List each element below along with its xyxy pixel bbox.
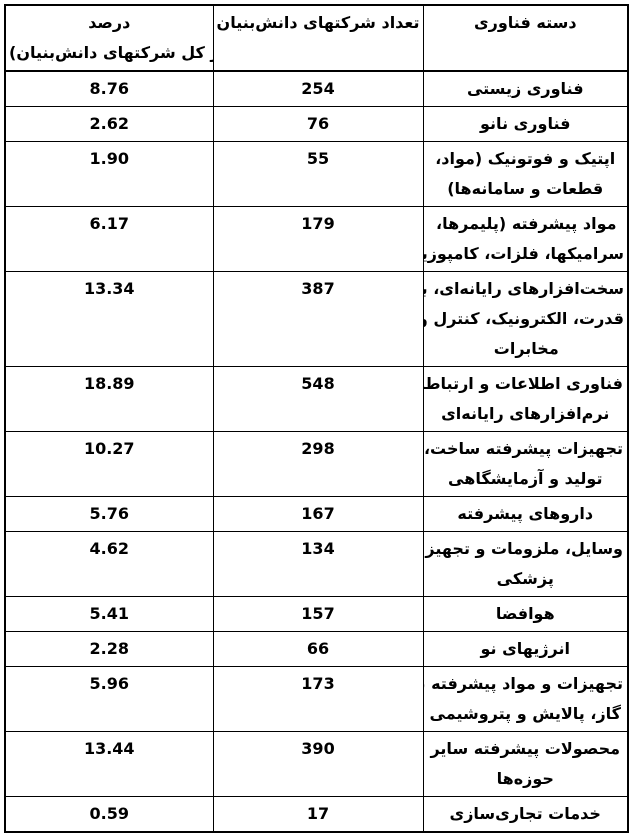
percent-cell: 5.76 <box>5 497 213 532</box>
category-cell: هوافضا <box>423 597 628 632</box>
count-cell: 157 <box>213 597 423 632</box>
table-row: وسایل، ملزومات و تجهیزات پزشکی 134 4.62 <box>5 532 628 597</box>
percent-cell: 4.62 <box>5 532 213 597</box>
count-cell: 548 <box>213 367 423 432</box>
knowledge-companies-table: دسته فناوری تعداد شرکتهای دانش‌بنیان درص… <box>4 4 629 833</box>
percent-cell: 13.34 <box>5 272 213 367</box>
count-cell: 298 <box>213 432 423 497</box>
category-cell: انرژیهای نو <box>423 632 628 667</box>
count-cell: 179 <box>213 207 423 272</box>
category-cell: مواد پیشرفته (پلیمرها، سرامیکها، فلزات، … <box>423 207 628 272</box>
percent-cell: 5.96 <box>5 667 213 732</box>
table-row: تجهیزات پیشرفته ساخت، تولید و آزمایشگاهی… <box>5 432 628 497</box>
category-cell: فناوری اطلاعات و ارتباطات و نرم‌افزارهای… <box>423 367 628 432</box>
count-cell: 55 <box>213 142 423 207</box>
count-cell: 173 <box>213 667 423 732</box>
percent-cell: 2.62 <box>5 107 213 142</box>
count-cell: 387 <box>213 272 423 367</box>
header-count: تعداد شرکتهای دانش‌بنیان <box>213 5 423 71</box>
header-category: دسته فناوری <box>423 5 628 71</box>
header-row: دسته فناوری تعداد شرکتهای دانش‌بنیان درص… <box>5 5 628 71</box>
percent-cell: 18.89 <box>5 367 213 432</box>
count-cell: 390 <box>213 732 423 797</box>
category-cell: فناوری زیستی <box>423 71 628 107</box>
table-row: انرژیهای نو 66 2.28 <box>5 632 628 667</box>
category-cell: داروهای پیشرفته <box>423 497 628 532</box>
document-page: دسته فناوری تعداد شرکتهای دانش‌بنیان درص… <box>0 0 633 833</box>
table-row: فناوری زیستی 254 8.76 <box>5 71 628 107</box>
percent-cell: 0.59 <box>5 797 213 833</box>
table-row: سخت‌افزارهای رایانه‌ای، برق قدرت، الکترو… <box>5 272 628 367</box>
percent-cell: 6.17 <box>5 207 213 272</box>
category-cell: تجهیزات پیشرفته ساخت، تولید و آزمایشگاهی <box>423 432 628 497</box>
table-row: محصولات پیشرفته سایر حوزه‌ها 390 13.44 <box>5 732 628 797</box>
category-cell: سخت‌افزارهای رایانه‌ای، برق قدرت، الکترو… <box>423 272 628 367</box>
table-row: هوافضا 157 5.41 <box>5 597 628 632</box>
count-cell: 66 <box>213 632 423 667</box>
count-cell: 76 <box>213 107 423 142</box>
percent-cell: 5.41 <box>5 597 213 632</box>
percent-cell: 2.28 <box>5 632 213 667</box>
category-cell: تجهیزات و مواد پیشرفته نفت، گاز، پالایش … <box>423 667 628 732</box>
count-cell: 254 <box>213 71 423 107</box>
percent-cell: 10.27 <box>5 432 213 497</box>
count-cell: 17 <box>213 797 423 833</box>
percent-cell: 8.76 <box>5 71 213 107</box>
category-cell: خدمات تجاری‌سازی <box>423 797 628 833</box>
table-row: اپتیک و فوتونیک (مواد، قطعات و سامانه‌ها… <box>5 142 628 207</box>
table-row: تجهیزات و مواد پیشرفته نفت، گاز، پالایش … <box>5 667 628 732</box>
category-cell: وسایل، ملزومات و تجهیزات پزشکی <box>423 532 628 597</box>
header-percent: درصد (از کل شرکتهای دانش‌بنیان) <box>5 5 213 71</box>
category-cell: فناوری نانو <box>423 107 628 142</box>
table-row: مواد پیشرفته (پلیمرها، سرامیکها، فلزات، … <box>5 207 628 272</box>
percent-cell: 1.90 <box>5 142 213 207</box>
table-row: خدمات تجاری‌سازی 17 0.59 <box>5 797 628 833</box>
table-row: فناوری نانو 76 2.62 <box>5 107 628 142</box>
table-body: فناوری زیستی 254 8.76 فناوری نانو 76 2.6… <box>5 71 628 832</box>
category-cell: محصولات پیشرفته سایر حوزه‌ها <box>423 732 628 797</box>
table-row: داروهای پیشرفته 167 5.76 <box>5 497 628 532</box>
category-cell: اپتیک و فوتونیک (مواد، قطعات و سامانه‌ها… <box>423 142 628 207</box>
count-cell: 134 <box>213 532 423 597</box>
count-cell: 167 <box>213 497 423 532</box>
percent-cell: 13.44 <box>5 732 213 797</box>
table-row: فناوری اطلاعات و ارتباطات و نرم‌افزارهای… <box>5 367 628 432</box>
